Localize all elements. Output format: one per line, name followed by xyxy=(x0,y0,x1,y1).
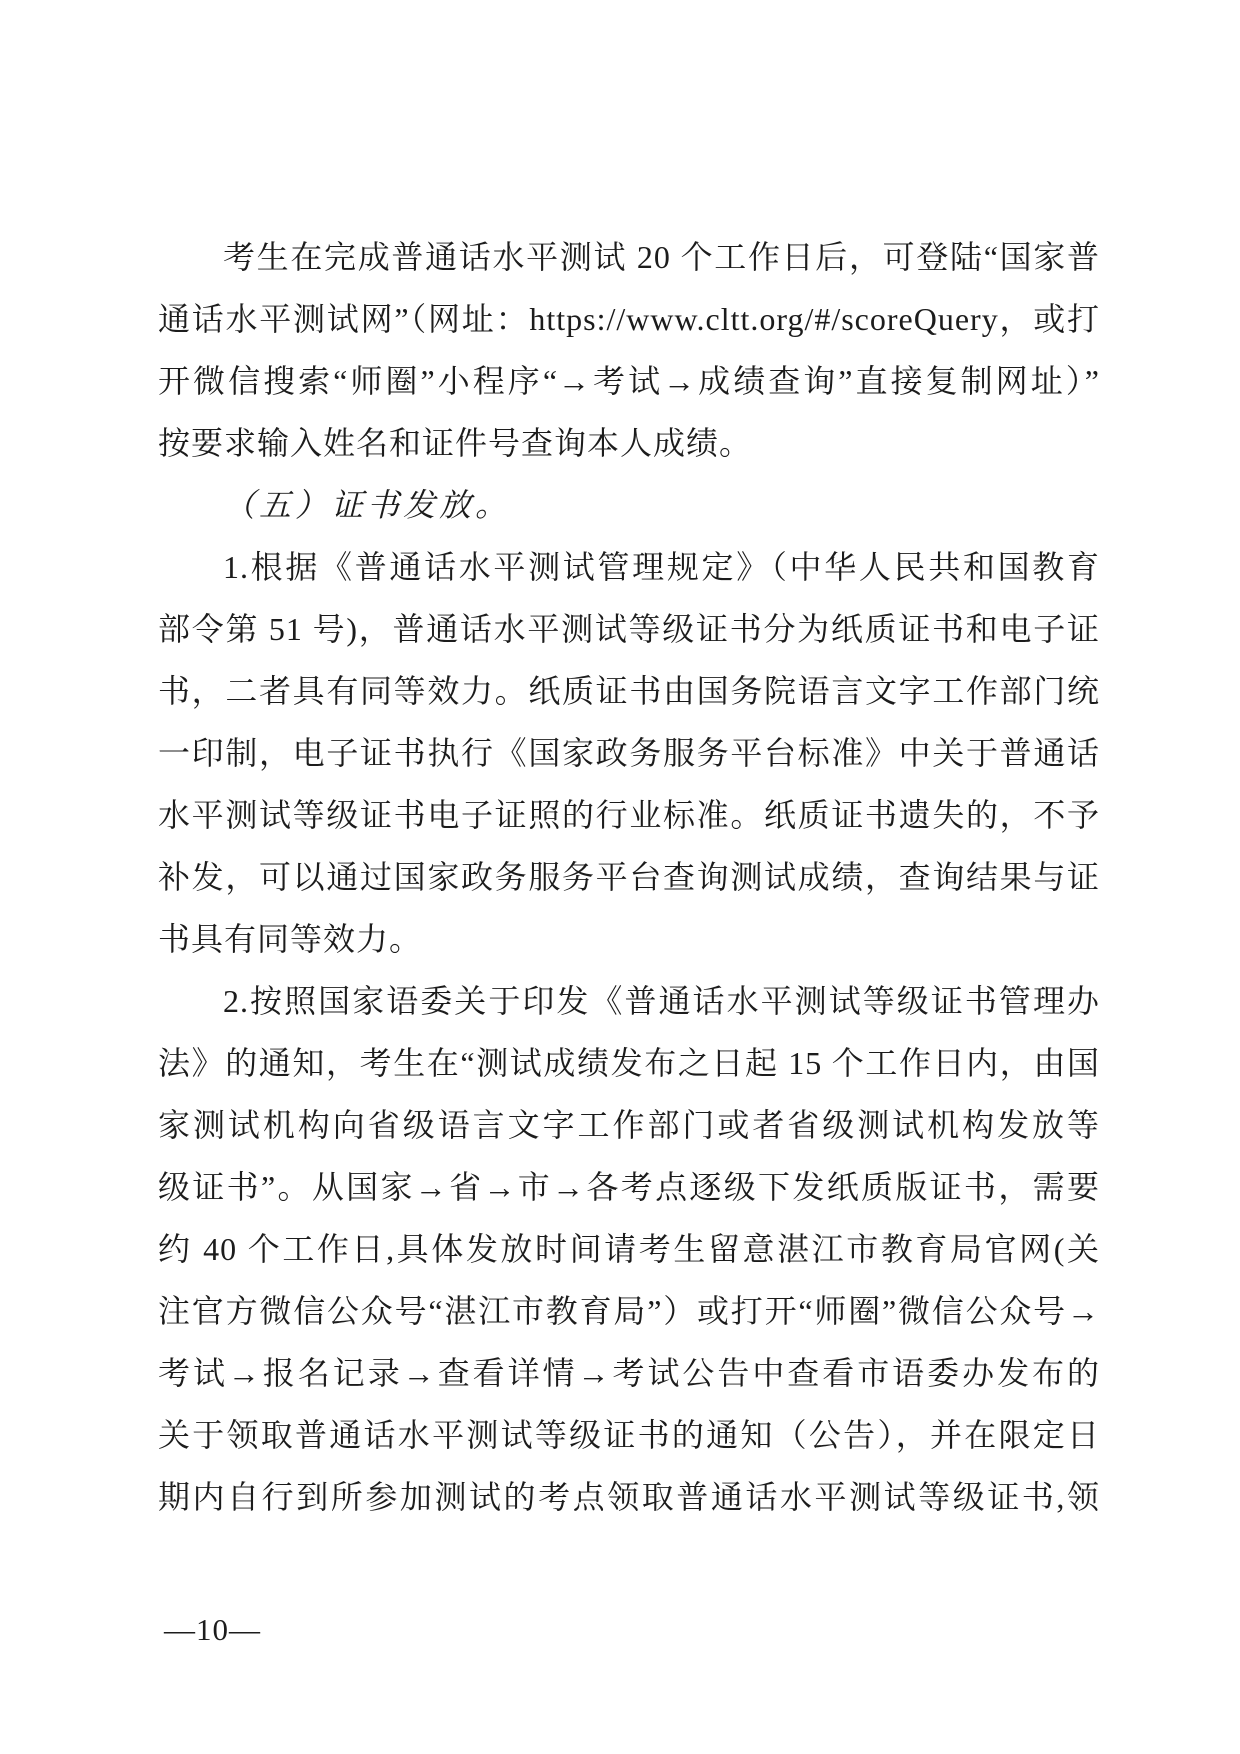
paragraph-line: 法》的通知，考生在“测试成绩发布之日起 15 个工作日内，由国 xyxy=(158,1032,1100,1094)
paragraph-line: 水平测试等级证书电子证照的行业标准。纸质证书遗失的，不予 xyxy=(158,784,1100,846)
paragraph-line: 考试→报名记录→查看详情→考试公告中查看市语委办发布的 xyxy=(158,1342,1100,1404)
paragraph-line: 1.根据《普通话水平测试管理规定》（中华人民共和国教育 xyxy=(158,536,1100,598)
paragraph-line: 开微信搜索“师圈”小程序“→考试→成绩查询”直接复制网址）” xyxy=(158,350,1100,412)
paragraph-line: 书，二者具有同等效力。纸质证书由国务院语言文字工作部门统 xyxy=(158,660,1100,722)
paragraph-line: 书具有同等效力。 xyxy=(158,908,1100,970)
paragraph-line: 约 40 个工作日,具体发放时间请考生留意湛江市教育局官网(关 xyxy=(158,1218,1100,1280)
paragraph-line: 期内自行到所参加测试的考点领取普通话水平测试等级证书,领 xyxy=(158,1466,1100,1528)
paragraph-line: 关于领取普通话水平测试等级证书的通知（公告），并在限定日 xyxy=(158,1404,1100,1466)
section-heading: （五）证书发放。 xyxy=(158,474,1100,536)
paragraph-line: 注官方微信公众号“湛江市教育局”）或打开“师圈”微信公众号→ xyxy=(158,1280,1100,1342)
paragraph-line: 考生在完成普通话水平测试 20 个工作日后，可登陆“国家普 xyxy=(158,226,1100,288)
paragraph-line: 补发，可以通过国家政务服务平台查询测试成绩，查询结果与证 xyxy=(158,846,1100,908)
paragraph-line: 级证书”。从国家→省→市→各考点逐级下发纸质版证书，需要 xyxy=(158,1156,1100,1218)
page-number: —10— xyxy=(164,1608,261,1652)
paragraph-line: 部令第 51 号)，普通话水平测试等级证书分为纸质证书和电子证 xyxy=(158,598,1100,660)
paragraph-line: 按要求输入姓名和证件号查询本人成绩。 xyxy=(158,412,1100,474)
document-body: 考生在完成普通话水平测试 20 个工作日后，可登陆“国家普 通话水平测试网”（网… xyxy=(158,226,1100,1528)
paragraph-line: 家测试机构向省级语言文字工作部门或者省级测试机构发放等 xyxy=(158,1094,1100,1156)
paragraph-line: 2.按照国家语委关于印发《普通话水平测试等级证书管理办 xyxy=(158,970,1100,1032)
paragraph-line: 通话水平测试网”（网址：https://www.cltt.org/#/score… xyxy=(158,288,1100,350)
paragraph-line: 一印制，电子证书执行《国家政务服务平台标准》中关于普通话 xyxy=(158,722,1100,784)
document-page: 考生在完成普通话水平测试 20 个工作日后，可登陆“国家普 通话水平测试网”（网… xyxy=(0,0,1240,1754)
